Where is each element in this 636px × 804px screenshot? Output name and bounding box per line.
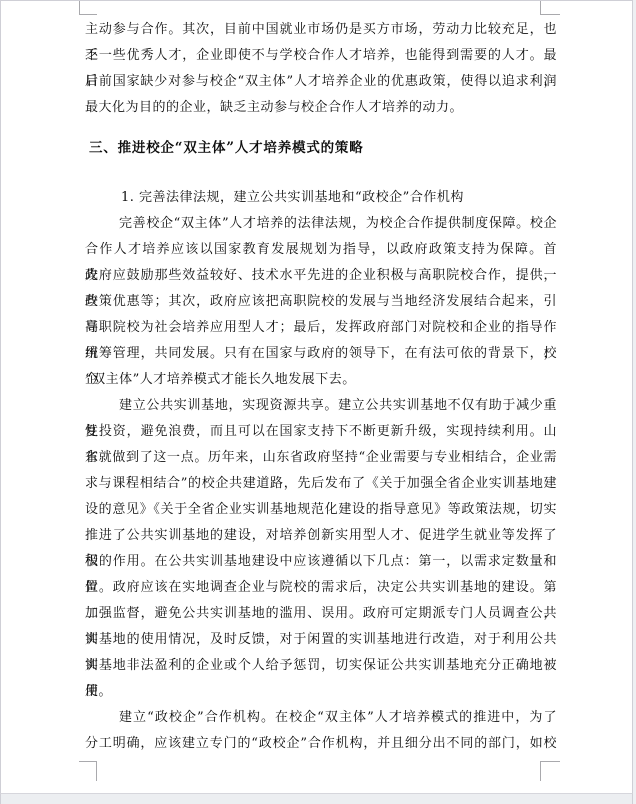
text-line: 用。	[85, 679, 557, 705]
paragraph-continuation: 主动参与合作。其次，目前中国就业市场仍是买方市场，劳动力比较充足，也不乏一些优秀…	[85, 17, 557, 121]
text-line: 政策优惠等；其次，政府应该把高职院校的发展与当地经济发展结合起来，引导	[85, 289, 557, 315]
text-line: 建立公共实训基地，实现资源共享。建立公共实训基地不仅有助于减少重复	[85, 393, 557, 419]
text-line: 性投资，避免浪费，而且可以在国家支持下不断更新升级，实现持续利用。山东	[85, 419, 557, 445]
text-boundary-corner-mark-bottom-right	[540, 761, 560, 781]
text-line: 分工明确，应该建立专门的“政校企”合作机构，并且细分出不同的部门，如校	[85, 731, 557, 757]
text-boundary-corner-mark-top-left	[79, 1, 97, 15]
subsection-heading: 1. 完善法律法规，建立公共实训基地和“政校企”合作机构	[85, 185, 557, 211]
text-line: 最大化为目的的企业，缺乏主动参与校企合作人才培养的动力。	[85, 95, 557, 121]
document-page: 主动参与合作。其次，目前中国就业市场仍是买方市场，劳动力比较充足，也不乏一些优秀…	[0, 0, 633, 794]
text-line: 统筹管理，共同发展。只有在国家与政府的领导下，在有法可依的背景下，校企	[85, 341, 557, 367]
text-line: 合作人才培养应该以国家教育发展规划为指导，以政府政策支持为保障。首先，	[85, 237, 557, 263]
text-line: 高职院校为社会培养应用型人才；最后，发挥政府部门对院校和企业的指导作用，	[85, 315, 557, 341]
text-line: 目前国家缺少对参与校企“双主体”人才培养企业的优惠政策，使得以追求利润	[85, 69, 557, 95]
text-line: 训基地非法盈利的企业或个人给予惩罚，切实保证公共实训基地充分正确地被使	[85, 653, 557, 679]
paragraph-laws-regulations: 完善校企“双主体”人才培养的法律法规，为校企合作提供制度保障。校企合作人才培养应…	[85, 211, 557, 393]
text-line: 推进了公共实训基地的建设，对培养创新实用型人才、促进学生就业等发挥了积	[85, 523, 557, 549]
text-line: 主动参与合作。其次，目前中国就业市场仍是买方市场，劳动力比较充足，也不	[85, 17, 557, 43]
text-line: 省就做到了这一点。历年来，山东省政府坚持“企业需要与专业相结合，企业需	[85, 445, 557, 471]
text-line: 政府应鼓励那些效益较好、技术水平先进的企业积极与高职院校合作，提供一些	[85, 263, 557, 289]
text-boundary-corner-mark-top-right	[540, 1, 560, 15]
page-bottom-gap	[0, 794, 633, 804]
text-boundary-corner-mark-bottom-left	[79, 761, 97, 781]
text-line: 求与课程相结合”的校企共建道路，先后发布了《关于加强全省企业实训基地建	[85, 471, 557, 497]
section-heading: 三、推进校企“双主体”人才培养模式的策略	[89, 135, 557, 161]
text-line: 置。政府应该在实地调查企业与院校的需求后，决定公共实训基地的建设。第二，	[85, 575, 557, 601]
text-line: 加强监督，避免公共实训基地的滥用、误用。政府可定期派专门人员调查公共实	[85, 601, 557, 627]
text-line: 极的作用。在公共实训基地建设中应该遵循以下几点：第一，以需求定数量和位	[85, 549, 557, 575]
document-body-text: 主动参与合作。其次，目前中国就业市场仍是买方市场，劳动力比较充足，也不乏一些优秀…	[85, 17, 557, 757]
text-line: 乏一些优秀人才，企业即使不与学校合作人才培养，也能得到需要的人才。最后，	[85, 43, 557, 69]
text-line: 设的意见》《关于全省企业实训基地规范化建设的指导意见》等政策法规，切实	[85, 497, 557, 523]
text-line: “双主体”人才培养模式才能长久地发展下去。	[85, 367, 557, 393]
paragraph-public-training-base: 建立公共实训基地，实现资源共享。建立公共实训基地不仅有助于减少重复性投资，避免浪…	[85, 393, 557, 705]
text-line: 训基地的使用情况，及时反馈，对于闲置的实训基地进行改造，对于利用公共实	[85, 627, 557, 653]
paragraph-gov-school-enterprise-org: 建立“政校企”合作机构。在校企“双主体”人才培养模式的推进中，为了分工明确，应该…	[85, 705, 557, 757]
text-line: 建立“政校企”合作机构。在校企“双主体”人才培养模式的推进中，为了	[85, 705, 557, 731]
text-line: 完善校企“双主体”人才培养的法律法规，为校企合作提供制度保障。校企	[85, 211, 557, 237]
document-viewport: 主动参与合作。其次，目前中国就业市场仍是买方市场，劳动力比较充足，也不乏一些优秀…	[0, 0, 636, 804]
